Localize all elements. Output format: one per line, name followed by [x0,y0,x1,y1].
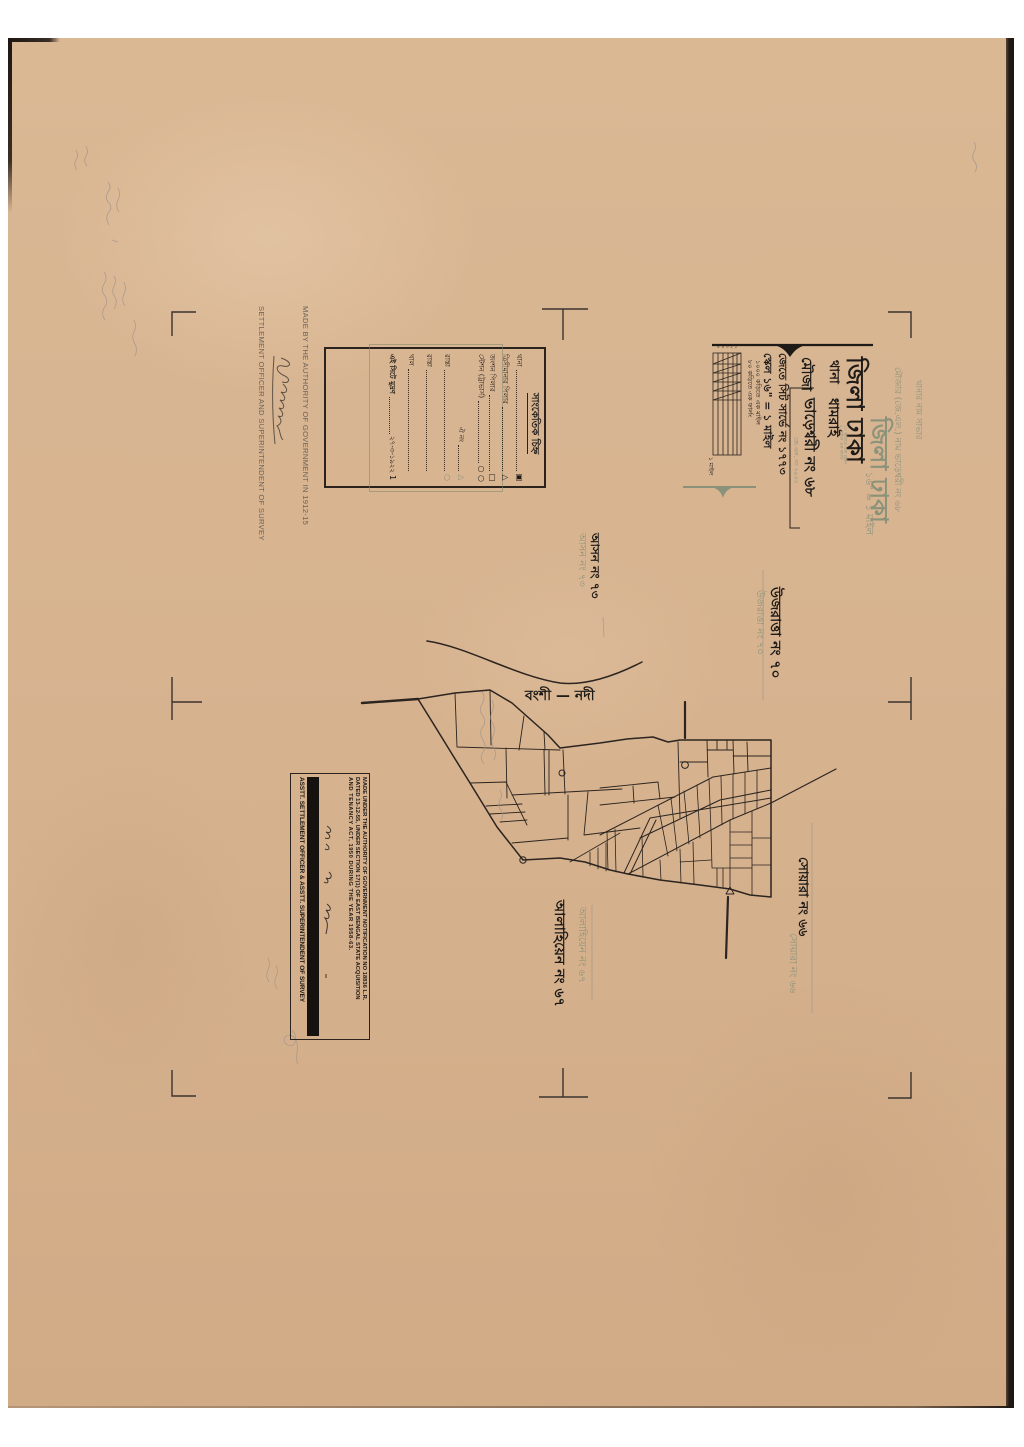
legend-item-label: ত্রিসীমানার পিলার [501,354,508,404]
faded-mouza-line: মৌজার (জে.এল.) নাম ভাড়েশ্বরী নং ৬৮ [892,367,901,512]
mouza-label: মৌজা [799,357,813,391]
legend-item-label: রাস্তা [443,354,450,367]
legend-leader [389,397,390,434]
legend-item-label: রাস্তা [425,354,432,367]
legend-leader [458,445,459,471]
legend-box: সাংকেতিক চিহ্ন থানা ▣ ত্রিসীমানার পিলার … [324,347,546,488]
corner-mark-bottom-middle [539,1068,588,1097]
adjacent-mouza-label: সোয়ারা নং ৬৬ [796,857,809,936]
legend-leader [408,369,409,471]
river-label: বংশী — নদী [525,689,595,703]
mouza-faded-note: জে.এল. নং ৭৫৩৩ [792,437,798,483]
mouza-map [362,641,836,958]
scale-note: ১০০০ কড়িতে এক মাইল [755,360,762,425]
stamp-black-bar [307,777,319,1036]
authority-1912-line: MADE BY THE AUTHORITY OF GOVERNMENT IN 1… [301,306,309,525]
faded-flourish-icon [712,487,734,498]
legend-item: ত্রিসীমানার পিলার △ [501,354,509,482]
plot-lines-west [455,690,640,843]
legend-item: স্টেশন (ট্রাভার্স) ○ ○ [477,354,485,482]
stamp-signature [319,824,335,989]
legend-item: রাস্তা ○ [443,354,451,482]
traverse-station-icon: ○ ○ [477,465,485,482]
stamp-text-line: DATED 13-12-55, UNDER SECTION 17(1) OF E… [353,777,359,1000]
legend-title: সাংকেতিক চিহ্ন [527,393,539,454]
survey-station-icon [682,762,689,769]
adjacent-mouza-label: উজরাত্তা নং ৭০ [768,587,782,679]
mouza-boundary [418,690,771,897]
plot-lines-fan [658,770,757,856]
corner-mark-top-right [888,312,911,338]
adjacent-mouza-label: আলাহিয়েন নং ৬৭ [552,900,566,1007]
edge-mark-middle-left [172,677,202,720]
legend-leader [478,401,479,463]
authority-stamp-1958: MADE UNDER THE AUTHORITY OF GOVERNMENT N… [290,773,370,1040]
road-line [771,769,836,803]
legend-leader [444,370,445,471]
boundary-stub [362,699,418,703]
thana-name: ধামরাই [826,398,840,437]
legend-leader [502,407,503,471]
legend-item: রাস্তা [425,354,433,482]
faded-thana-line: থানার নাম সাভার [914,380,923,439]
scale-text: স্কেল ১৬" = ১ মাইল [762,353,773,449]
legend-item-label: খাল [407,354,414,366]
adjacent-mouza-label-faded: আসন নং ৭৩ [576,533,586,587]
stamp-signatory: ASSTT. SETTLEMENT OFFICER & ASSTT. SUPER… [298,777,304,1002]
legend-leader [516,370,517,471]
junction-pillar-icon: □ [488,473,496,482]
legend-item: ঐ নং △ [457,427,465,482]
legend-item-label: জংশন পিলার [488,354,495,392]
print-note-mark: 1 [388,473,396,482]
scale-faded: ১৬" = ১ মাইল [863,472,873,535]
adjacent-mouza-label: আসন নং ৭৩ [589,533,601,598]
scale-ticks: ৫ ৪ ৩ ২ ১ [717,346,737,351]
edge-mark-middle-right [888,677,911,720]
river-bank-line [427,641,642,684]
legend-item-label: ঐ নং [457,427,464,442]
settlement-officer-signature [271,354,295,446]
mouza-name: ভাড়েশ্বরী নং ৬৮ [802,398,817,497]
adjacent-mouza-label-faded: সোয়ারা নং ৬৬ [787,933,797,993]
corner-mark-bottom-left [172,1070,196,1096]
authority-1912-block: MADE BY THE AUTHORITY OF GOVERNMENT IN 1… [257,306,309,538]
adjacent-mouza-label-faded: আলাহিয়েন নং ৬৭ [576,907,586,983]
legend-item-label: থানা [515,354,522,367]
scale-diagram [713,353,741,455]
scale-note: ৮০ কড়িতে এক ফার্লং [747,360,754,417]
trijunction-pillar-icon: △ [501,473,509,482]
stamp-text-line: MADE UNDER THE AUTHORITY OF GOVERNMENT N… [360,777,366,1000]
corner-mark-top-middle [542,309,588,340]
legend-item: থানা ▣ [515,354,523,482]
pencil-annotations [75,142,977,1064]
legend-item: জংশন পিলার □ [488,354,496,482]
legend-leader [426,370,427,471]
legend-item: খাল [407,354,415,482]
faded-circle-icon: ○ [443,473,451,482]
print-note-label: এই সিটে মুদ্রণ [388,354,395,394]
map-vector-layer [0,0,1024,1447]
sheet-number: জেতে সিট সার্ভে নং ১৭৭৩ [777,353,788,475]
stamp-text-line: AND TENANCY ACT, 1950 DURING THE YEAR 19… [346,777,352,951]
faded-triangle-icon: △ [457,473,465,482]
authority-1912-signatory: SETTLEMENT OFFICER AND SUPERINTENDENT OF… [257,306,265,541]
print-note-date: ২৭-৩-১৯২২ [388,436,395,473]
scale-bar-label: ১ মাইল [707,457,713,475]
thana-symbol-icon: ▣ [515,473,523,482]
legend-item-label: স্টেশন (ট্রাভার্স) [477,354,484,398]
adjacent-mouza-label-faded: উজরাত্তা নং ৭০ [754,590,764,655]
thana-label: থানা [827,360,840,384]
legend-leader [489,395,490,471]
corner-mark-bottom-right [888,1072,911,1098]
print-date-row: এই সিটে মুদ্রণ ২৭-৩-১৯২২ 1 [388,354,396,482]
corner-mark-top-left [172,312,196,336]
